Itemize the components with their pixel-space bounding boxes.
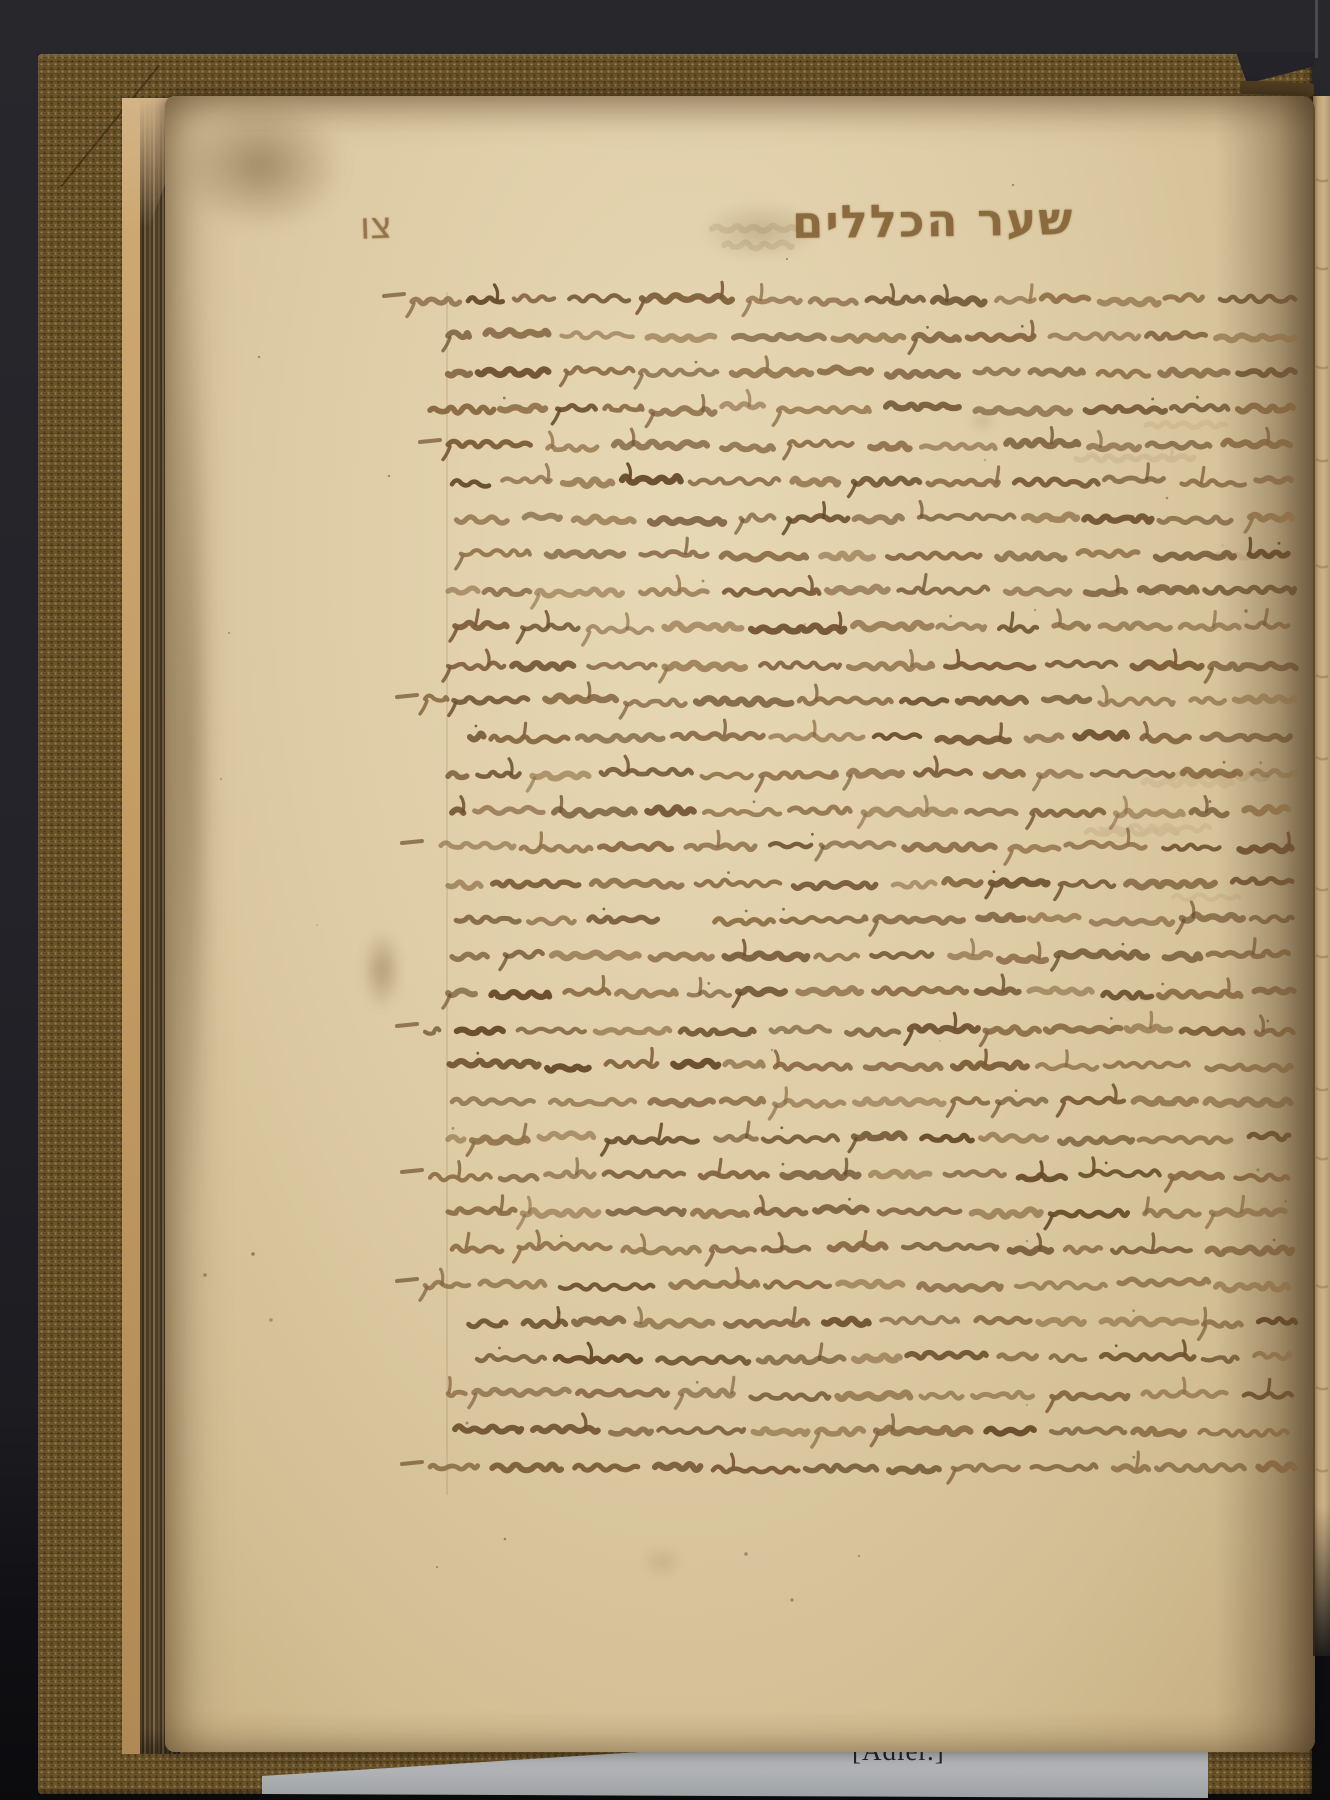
page-edges-stack-light — [122, 98, 142, 1754]
folio-number: צו — [359, 203, 393, 247]
board-edge-highlight — [1315, 0, 1318, 58]
manuscript-page — [165, 96, 1315, 1752]
cover-cloth-curl — [1240, 81, 1314, 97]
adjacent-page-edge — [1313, 96, 1330, 1656]
header-title: שער הכללים — [792, 192, 1075, 249]
manuscript-photo: [Adler.] שער הכללים צו — [0, 0, 1330, 1800]
gutter-fold-shadow — [1215, 96, 1315, 1752]
